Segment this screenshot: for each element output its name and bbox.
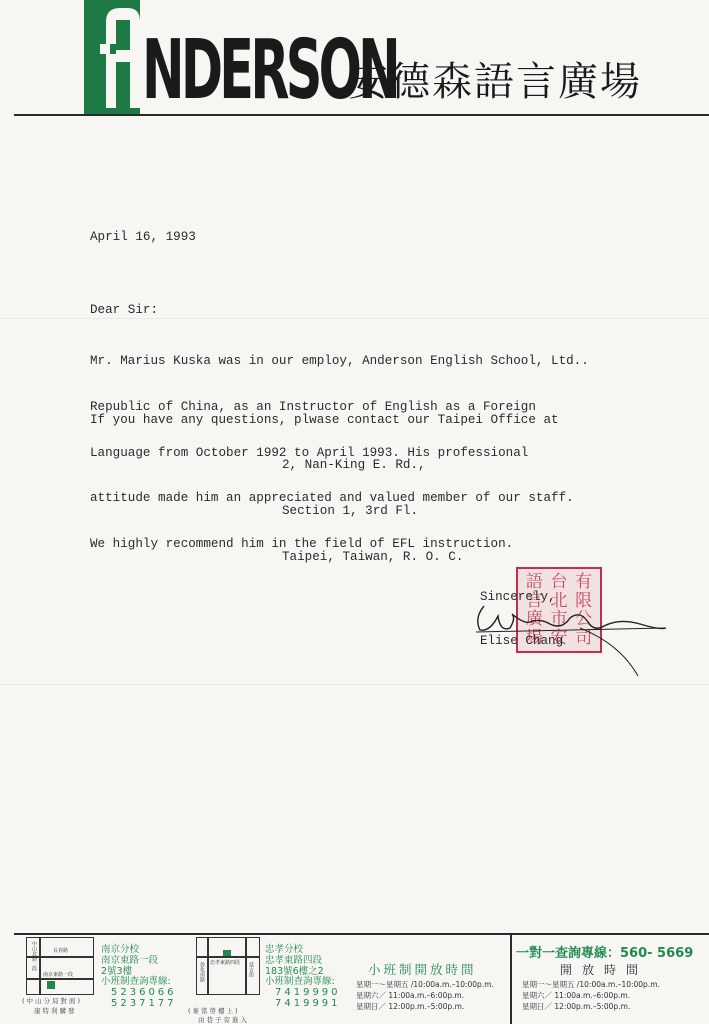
map-caption: (麥當勞樓上) (188, 1006, 240, 1015)
zhongxiao-branch-info: 忠孝分校 忠孝東路四段 183號6樓之2 小班制查詢專線: 7419990 74… (265, 945, 341, 1010)
hours-row: 星期六／ 11:00a.m.–6:00p.m. (522, 990, 660, 1001)
address-line: Taipei, Taiwan, R. O. C. (282, 550, 463, 565)
small-class-hours-title: 小班制開放時間 (368, 960, 477, 978)
map-street-label: 忠孝東路四段 (210, 959, 240, 966)
handwritten-signature (470, 588, 670, 678)
branch-street: 忠孝東路四段 (265, 956, 341, 967)
nanjing-branch-map: 中山北路二段 長春路 南京東路一段 (26, 937, 94, 995)
hours-row: 星期一～星期五 /10:00a.m.–10:00p.m. (522, 979, 660, 990)
paper-fold (0, 684, 709, 685)
salutation: Dear Sir: (90, 303, 158, 317)
signer-name: Elise Chang (480, 634, 563, 648)
company-chinese-name: 安德森語言廣場 (348, 52, 642, 112)
map-caption: 康特利購發 (34, 1006, 77, 1015)
footer-vertical-divider (510, 935, 512, 1024)
location-marker (47, 981, 55, 989)
letter-date: April 16, 1993 (90, 230, 196, 244)
address-line: 2, Nan-King E. Rd., (282, 458, 463, 473)
map-street-label: 中山北路二段 (31, 941, 38, 971)
hours-row: 星期日／ 12:00p.m.–5:00p.m. (522, 1001, 660, 1012)
body-line: Mr. Marius Kuska was in our employ, Ande… (90, 354, 589, 369)
map-caption: (中山分局對面) (22, 996, 82, 1005)
hours-row: 星期一～星期五 /10:00a.m.–10:00p.m. (356, 979, 494, 990)
logo-a-icon (100, 0, 146, 114)
branch-phone: 5237177 (101, 999, 177, 1010)
branch-phone: 7419991 (265, 999, 341, 1010)
map-street-label: 南京東路一段 (43, 971, 73, 978)
small-class-hours: 星期一～星期五 /10:00a.m.–10:00p.m. 星期六／ 11:00a… (356, 979, 494, 1012)
map-street-label: 敦化南路 (199, 962, 206, 982)
paper-fold (0, 318, 709, 319)
footer-divider (14, 933, 709, 935)
one-on-one-hotline: 一對一查詢專線：560- 5669 (516, 942, 693, 961)
map-street-label: 長春路 (53, 947, 68, 954)
address-line: Section 1, 3rd Fl. (282, 504, 463, 519)
location-marker (223, 950, 231, 956)
nanjing-branch-info: 南京分校 南京東路一段 2號3樓 小班制查詢專線: 5236066 523717… (101, 945, 177, 1010)
one-on-one-hours: 星期一～星期五 /10:00a.m.–10:00p.m. 星期六／ 11:00a… (522, 979, 660, 1012)
branch-street: 南京東路一段 (101, 956, 177, 967)
hours-row: 星期六／ 11:00a.m.–6:00p.m. (356, 990, 494, 1001)
hours-row: 星期日／ 12:00p.m.–5:00p.m. (356, 1001, 494, 1012)
body-paragraph-2: If you have any questions, plwase contac… (90, 413, 559, 428)
header-divider (14, 114, 709, 116)
map-street-label: 延吉街 (248, 962, 255, 977)
map-caption: 由巷子旁進入 (198, 1015, 249, 1024)
opening-hours-title: 開放時間 (560, 961, 648, 978)
office-address: 2, Nan-King E. Rd., Section 1, 3rd Fl. T… (282, 428, 463, 580)
zhongxiao-branch-map: 忠孝東路四段 敦化南路 延吉街 (196, 937, 260, 995)
